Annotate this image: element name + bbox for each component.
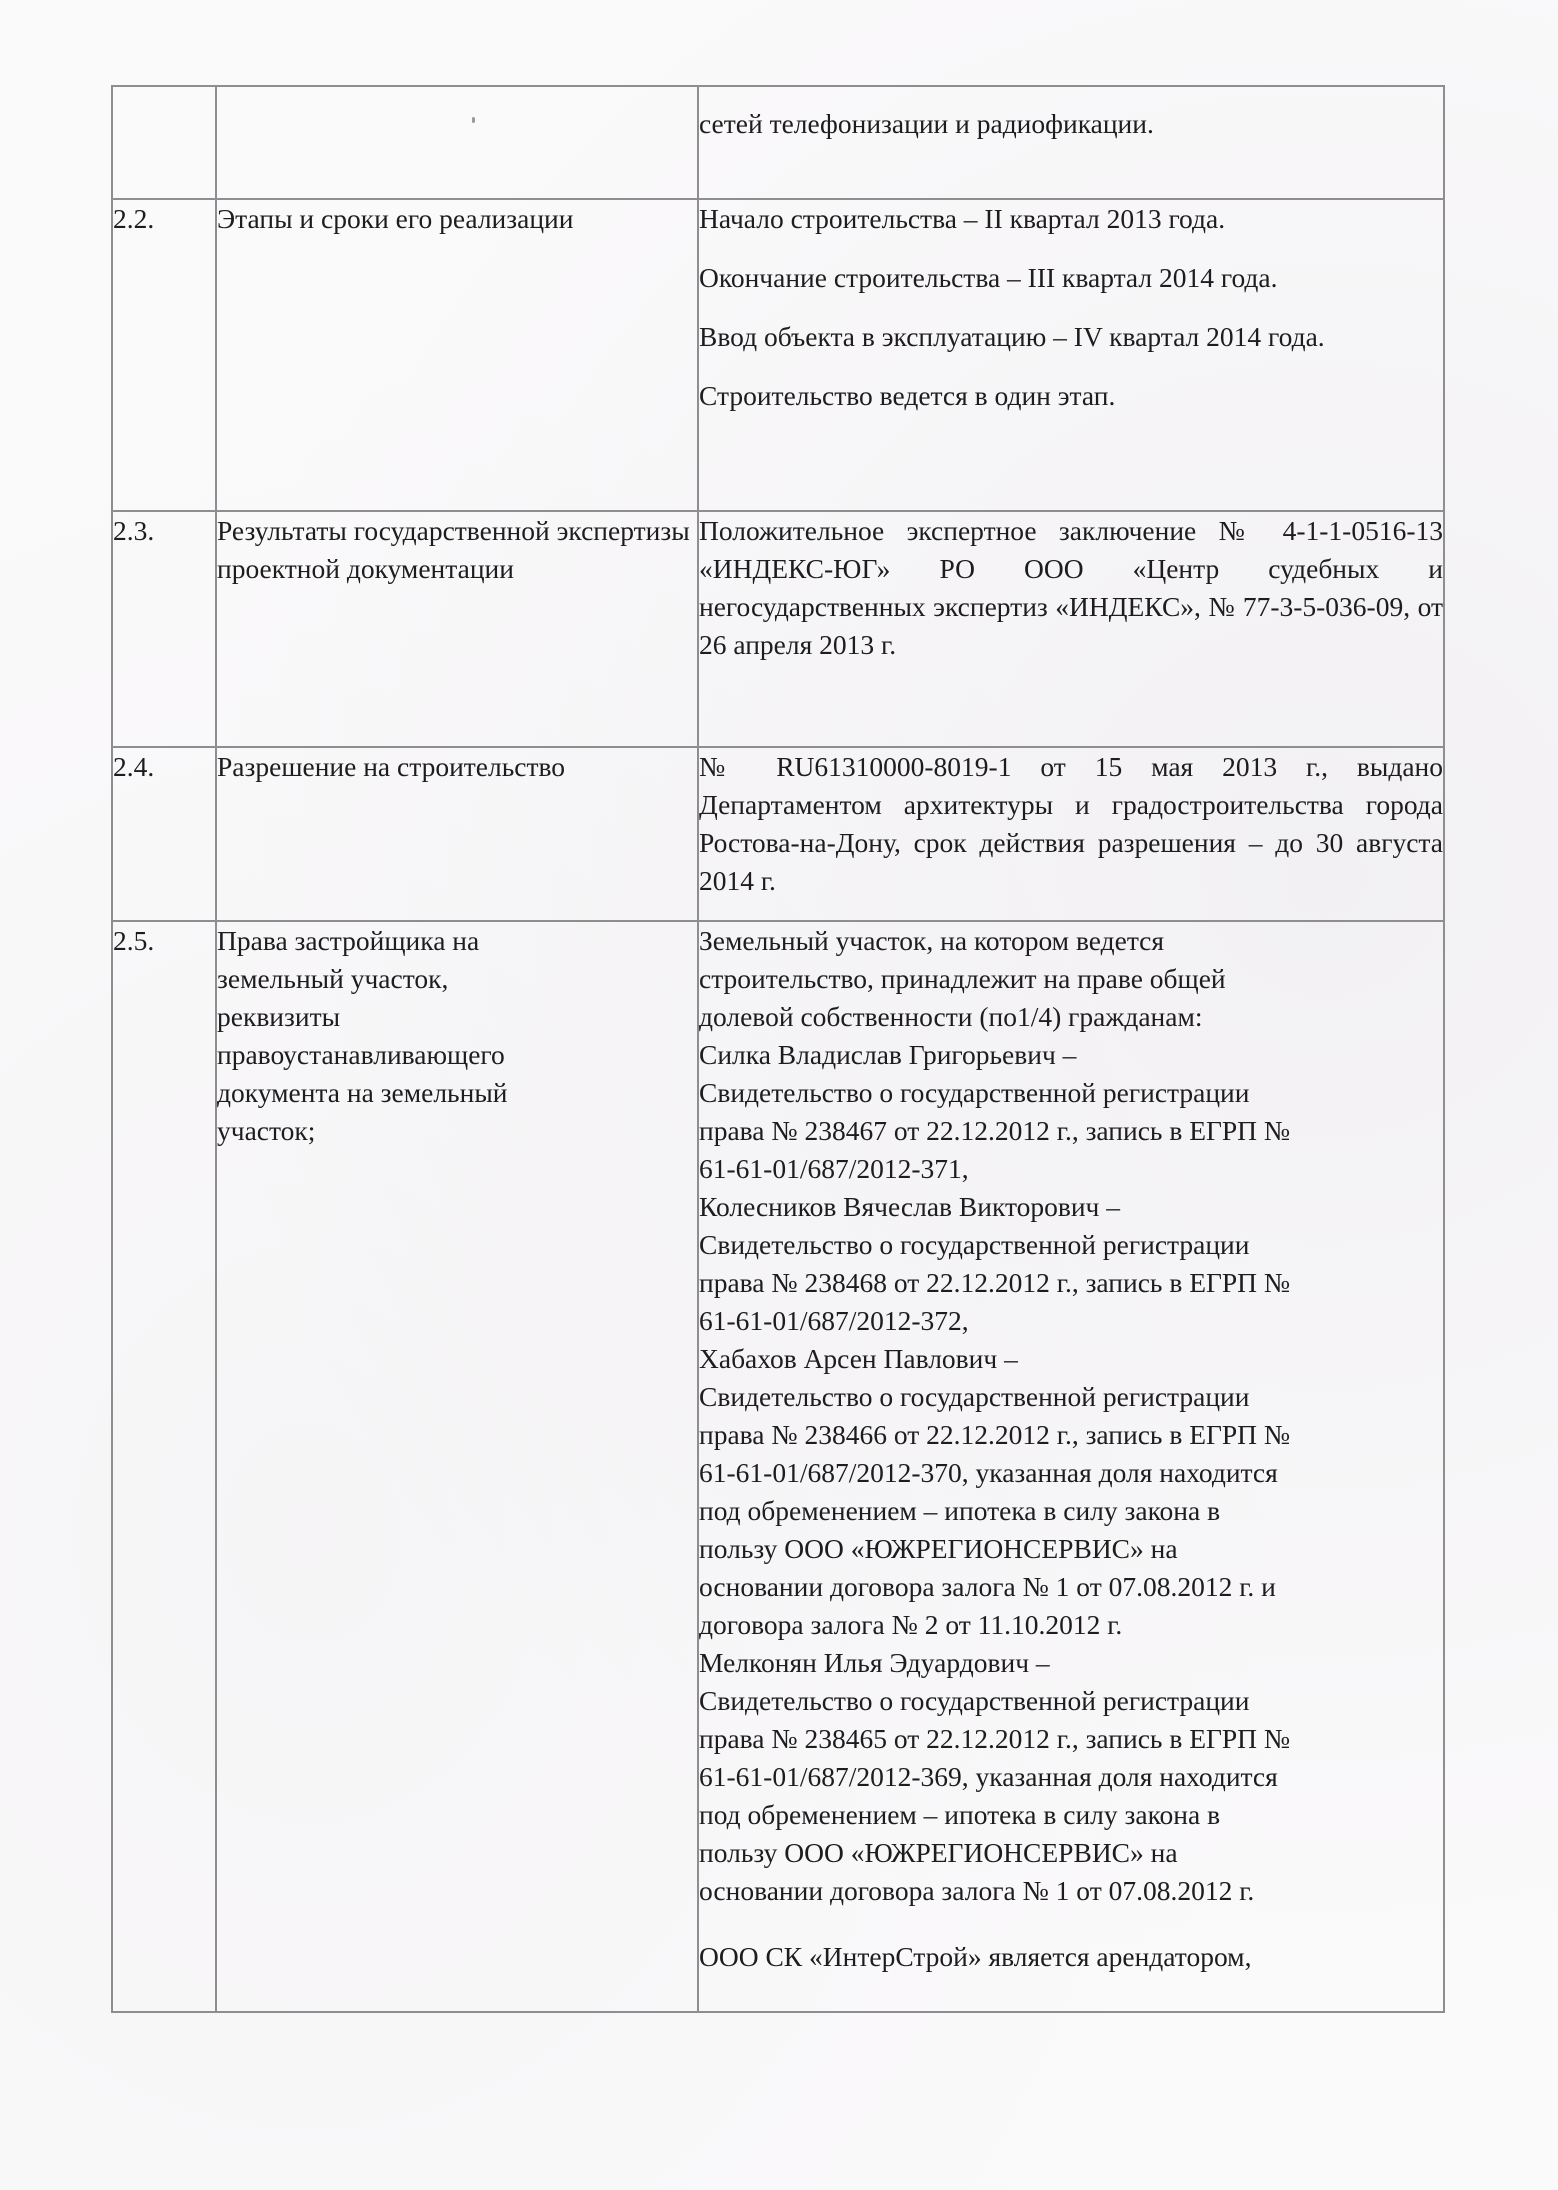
document-page: сетей телефонизации и радиофикации. 2.2.… <box>0 0 1558 2190</box>
value-line: права № 238465 от 22.12.2012 г., запись … <box>699 1720 1443 1758</box>
owner-name: Силка Владислав Григорьевич – <box>699 1036 1443 1074</box>
value-line: основании договора залога № 1 от 07.08.2… <box>699 1872 1443 1910</box>
value-line: под обременением – ипотека в силу закона… <box>699 1796 1443 1834</box>
label-line: реквизиты <box>217 998 697 1036</box>
row-number-cell: 2.3. <box>112 511 216 747</box>
label-line: земельный участок, <box>217 960 697 998</box>
table-row-2-5: 2.5. Права застройщика на земельный учас… <box>112 921 1444 2012</box>
owner-name: Колесников Вячеслав Викторович – <box>699 1188 1443 1226</box>
row-label-cell: Права застройщика на земельный участок, … <box>216 921 698 2012</box>
value-line: Земельный участок, на котором ведется <box>699 922 1443 960</box>
value-line: права № 238467 от 22.12.2012 г., запись … <box>699 1112 1443 1150</box>
value-line: 61-61-01/687/2012-372, <box>699 1302 1443 1340</box>
value-line: Свидетельство о государственной регистра… <box>699 1378 1443 1416</box>
table-row-2-3: 2.3. Результаты государственной эксперти… <box>112 511 1444 747</box>
value-line: 61-61-01/687/2012-369, указанная доля на… <box>699 1758 1443 1796</box>
lessee-paragraph: ООО СК «ИнтерСтрой» является арендатором… <box>699 1938 1443 1976</box>
value-paragraph: сетей телефонизации и радиофикации. <box>699 105 1443 143</box>
row-number-cell: 2.4. <box>112 747 216 921</box>
building-permit: № RU61310000-8019-1 от 15 мая 2013 г., в… <box>699 748 1443 900</box>
project-declaration-table: сетей телефонизации и радиофикации. 2.2.… <box>111 85 1445 2013</box>
value-line: права № 238466 от 22.12.2012 г., запись … <box>699 1416 1443 1454</box>
row-value-cell: Земельный участок, на котором ведется ст… <box>698 921 1444 2012</box>
row-value-cell: Положительное экспертное заключение № 4-… <box>698 511 1444 747</box>
value-line: 61-61-01/687/2012-370, указанная доля на… <box>699 1454 1443 1492</box>
label-line: участок; <box>217 1112 697 1150</box>
label-line: правоустанавливающего <box>217 1036 697 1074</box>
value-line: права № 238468 от 22.12.2012 г., запись … <box>699 1264 1443 1302</box>
row-label-cell: Этапы и сроки его реализации <box>216 199 698 511</box>
table-row-continuation: сетей телефонизации и радиофикации. <box>112 86 1444 199</box>
owner-name: Мелконян Илья Эдуардович – <box>699 1644 1443 1682</box>
row-label-cell <box>216 86 698 199</box>
commissioning-date: Ввод объекта в эксплуатацию – IV квартал… <box>699 318 1443 356</box>
label-line: документа на земельный <box>217 1074 697 1112</box>
row-number-cell: 2.5. <box>112 921 216 2012</box>
label-line: Права застройщика на <box>217 922 697 960</box>
value-line: под обременением – ипотека в силу закона… <box>699 1492 1443 1530</box>
value-line: Свидетельство о государственной регистра… <box>699 1226 1443 1264</box>
row-label-cell: Разрешение на строительство <box>216 747 698 921</box>
value-line: Свидетельство о государственной регистра… <box>699 1682 1443 1720</box>
row-number-cell: 2.2. <box>112 199 216 511</box>
row-label-cell: Результаты государственной экспертизы пр… <box>216 511 698 747</box>
table-row-2-2: 2.2. Этапы и сроки его реализации Начало… <box>112 199 1444 511</box>
value-line: Свидетельство о государственной регистра… <box>699 1074 1443 1112</box>
row-value-cell: сетей телефонизации и радиофикации. <box>698 86 1444 199</box>
value-line: основании договора залога № 1 от 07.08.2… <box>699 1568 1443 1606</box>
table-row-2-4: 2.4. Разрешение на строительство № RU613… <box>112 747 1444 921</box>
construction-start: Начало строительства – II квартал 2013 г… <box>699 200 1443 238</box>
row-value-cell: № RU61310000-8019-1 от 15 мая 2013 г., в… <box>698 747 1444 921</box>
owner-name: Хабахов Арсен Павлович – <box>699 1340 1443 1378</box>
row-value-cell: Начало строительства – II квартал 2013 г… <box>698 199 1444 511</box>
expertise-conclusion: Положительное экспертное заключение № 4-… <box>699 512 1443 664</box>
land-ownership-details: Земельный участок, на котором ведется ст… <box>699 922 1443 1910</box>
row-number-cell <box>112 86 216 199</box>
value-line: долевой собственности (по1/4) гражданам: <box>699 998 1443 1036</box>
value-line: 61-61-01/687/2012-371, <box>699 1150 1443 1188</box>
construction-end: Окончание строительства – III квартал 20… <box>699 259 1443 297</box>
construction-stages: Строительство ведется в один этап. <box>699 377 1443 415</box>
value-line: договора залога № 2 от 11.10.2012 г. <box>699 1606 1443 1644</box>
value-line: пользу ООО «ЮЖРЕГИОНСЕРВИС» на <box>699 1834 1443 1872</box>
value-line: пользу ООО «ЮЖРЕГИОНСЕРВИС» на <box>699 1530 1443 1568</box>
value-line: строительство, принадлежит на праве обще… <box>699 960 1443 998</box>
